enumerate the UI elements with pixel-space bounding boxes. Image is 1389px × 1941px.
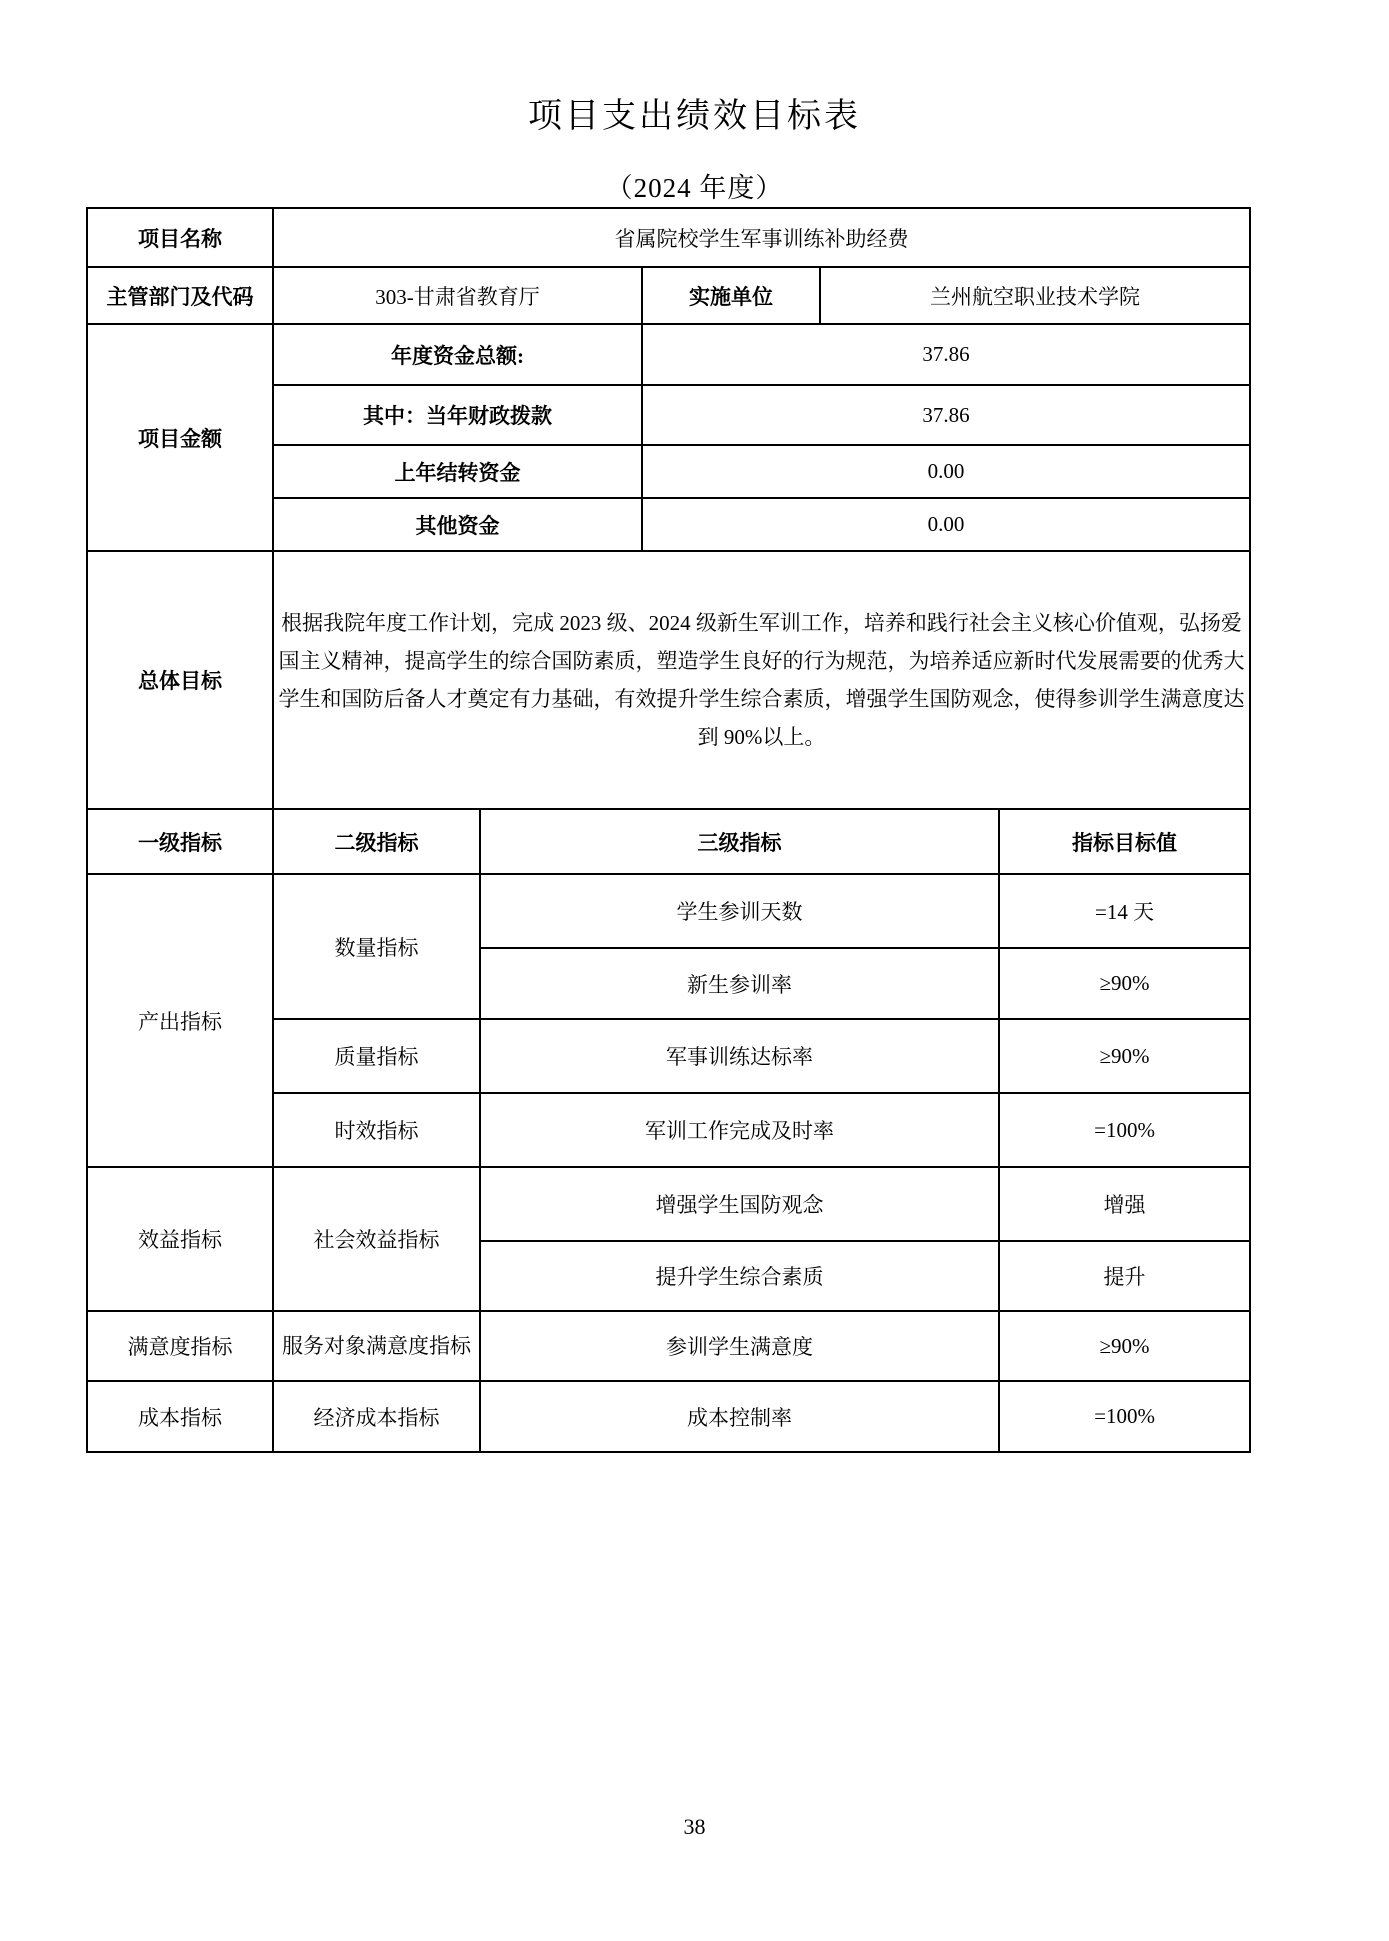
level2-economic-cost: 经济成本指标 — [273, 1381, 480, 1452]
implement-unit-value: 兰州航空职业技术学院 — [820, 267, 1250, 324]
document-page: 项目支出绩效目标表 （2024 年度） 项目名称 省属院校学生军事训练补助经费 … — [0, 0, 1389, 1941]
overall-goal-text: 根据我院年度工作计划，完成 2023 级、2024 级新生军训工作，培养和践行社… — [273, 551, 1250, 809]
level2-service-satisfaction: 服务对象满意度指标 — [273, 1311, 480, 1381]
amount-other-value: 0.00 — [642, 498, 1250, 551]
page-subtitle: （2024 年度） — [0, 166, 1389, 205]
amount-other-label: 其他资金 — [273, 498, 642, 551]
page-number: 38 — [0, 1814, 1389, 1840]
header-target: 指标目标值 — [999, 809, 1250, 874]
amount-total-value: 37.86 — [642, 324, 1250, 385]
amount-carryover-value: 0.00 — [642, 445, 1250, 498]
level1-output: 产出指标 — [87, 874, 273, 1167]
level1-satisfaction: 满意度指标 — [87, 1311, 273, 1381]
indicator-target: ≥90% — [999, 948, 1250, 1019]
department-label: 主管部门及代码 — [87, 267, 273, 324]
table-row: 总体目标 根据我院年度工作计划，完成 2023 级、2024 级新生军训工作，培… — [87, 551, 1250, 809]
indicator-target: =100% — [999, 1093, 1250, 1167]
indicator-target: ≥90% — [999, 1311, 1250, 1381]
level2-quality: 质量指标 — [273, 1019, 480, 1093]
indicator-name: 参训学生满意度 — [480, 1311, 999, 1381]
performance-target-table: 项目名称 省属院校学生军事训练补助经费 主管部门及代码 303-甘肃省教育厅 实… — [86, 207, 1251, 1453]
level1-benefit: 效益指标 — [87, 1167, 273, 1311]
indicator-row: 满意度指标 服务对象满意度指标 参训学生满意度 ≥90% — [87, 1311, 1250, 1381]
indicator-target: =14 天 — [999, 874, 1250, 948]
indicator-row: 成本指标 经济成本指标 成本控制率 =100% — [87, 1381, 1250, 1452]
level1-cost: 成本指标 — [87, 1381, 273, 1452]
page-title: 项目支出绩效目标表 — [0, 88, 1389, 137]
amount-carryover-label: 上年结转资金 — [273, 445, 642, 498]
amount-fiscal-value: 37.86 — [642, 385, 1250, 445]
amount-label: 项目金额 — [87, 324, 273, 551]
indicator-name: 军训工作完成及时率 — [480, 1093, 999, 1167]
indicator-target: =100% — [999, 1381, 1250, 1452]
indicator-name: 增强学生国防观念 — [480, 1167, 999, 1241]
table-row: 项目金额 年度资金总额: 37.86 — [87, 324, 1250, 385]
table-row: 项目名称 省属院校学生军事训练补助经费 — [87, 208, 1250, 267]
indicator-row: 产出指标 数量指标 学生参训天数 =14 天 — [87, 874, 1250, 948]
indicator-name: 军事训练达标率 — [480, 1019, 999, 1093]
indicator-name: 提升学生综合素质 — [480, 1241, 999, 1311]
level2-quantity: 数量指标 — [273, 874, 480, 1019]
implement-unit-label: 实施单位 — [642, 267, 820, 324]
indicator-header-row: 一级指标 二级指标 三级指标 指标目标值 — [87, 809, 1250, 874]
indicator-row: 效益指标 社会效益指标 增强学生国防观念 增强 — [87, 1167, 1250, 1241]
amount-fiscal-label: 其中：当年财政拨款 — [273, 385, 642, 445]
department-value: 303-甘肃省教育厅 — [273, 267, 642, 324]
header-level3: 三级指标 — [480, 809, 999, 874]
indicator-target: 提升 — [999, 1241, 1250, 1311]
indicator-target: 增强 — [999, 1167, 1250, 1241]
indicator-name: 学生参训天数 — [480, 874, 999, 948]
indicator-name: 新生参训率 — [480, 948, 999, 1019]
amount-total-label: 年度资金总额: — [273, 324, 642, 385]
header-level2: 二级指标 — [273, 809, 480, 874]
level2-timeliness: 时效指标 — [273, 1093, 480, 1167]
project-name-value: 省属院校学生军事训练补助经费 — [273, 208, 1250, 267]
indicator-name: 成本控制率 — [480, 1381, 999, 1452]
header-level1: 一级指标 — [87, 809, 273, 874]
level2-social: 社会效益指标 — [273, 1167, 480, 1311]
overall-goal-label: 总体目标 — [87, 551, 273, 809]
table-row: 主管部门及代码 303-甘肃省教育厅 实施单位 兰州航空职业技术学院 — [87, 267, 1250, 324]
indicator-target: ≥90% — [999, 1019, 1250, 1093]
project-name-label: 项目名称 — [87, 208, 273, 267]
